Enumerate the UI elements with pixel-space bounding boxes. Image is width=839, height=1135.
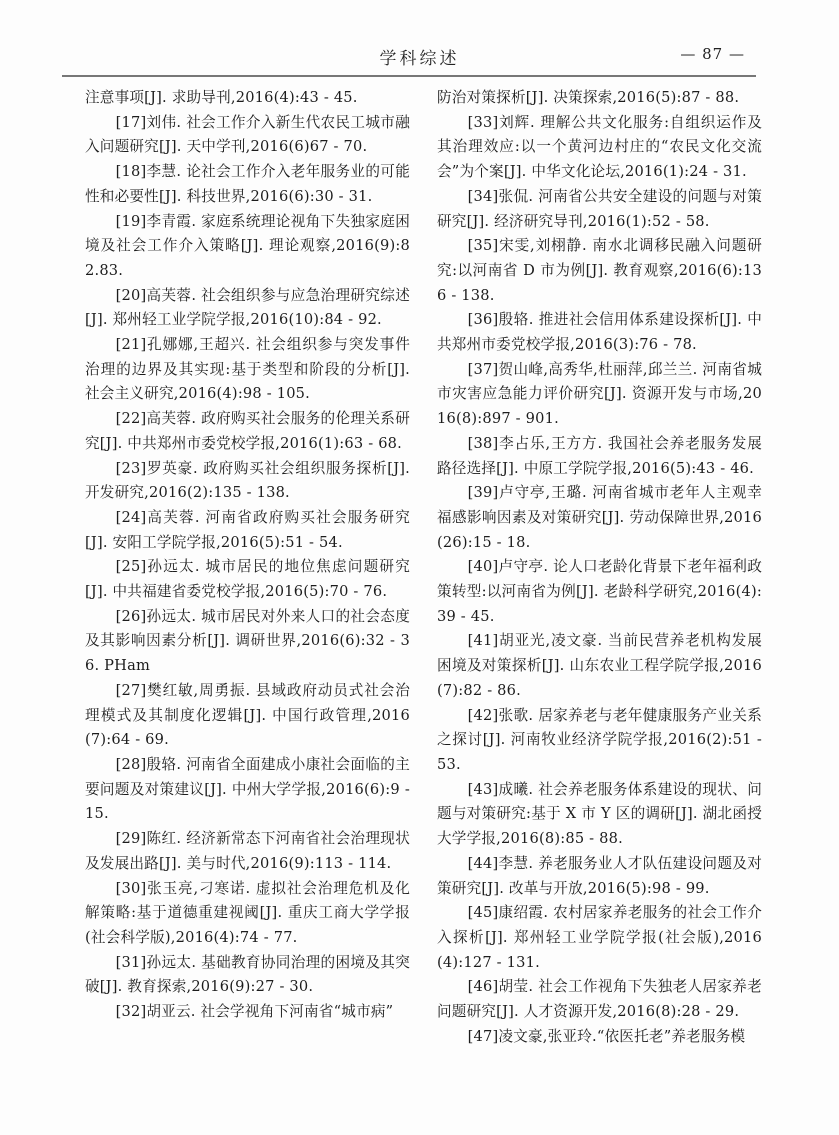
reference-item: [41]胡亚光,凌文豪. 当前民营养老机构发展困境及对策探析[J]. 山东农业工…: [437, 629, 762, 703]
page-number: — 87 —: [680, 45, 745, 63]
reference-item: [36]殷辂. 推进社会信用体系建设探析[J]. 中共郑州市委党校学报,2016…: [437, 308, 762, 357]
header-divider: [62, 75, 756, 77]
reference-item: [43]成曦. 社会养老服务体系建设的现状、问题与对策研究:基于 X 市 Y 区…: [437, 778, 762, 852]
reference-item: [37]贺山峰,高秀华,杜丽萍,邱兰兰. 河南省城市灾害应急能力评价研究[J].…: [437, 358, 762, 432]
reference-item: [31]孙远太. 基础教育协同治理的困境及其突破[J]. 教育探索,2016(9…: [85, 951, 410, 1000]
reference-item: [23]罗英豪. 政府购买社会组织服务探析[J]. 开发研究,2016(2):1…: [85, 457, 410, 506]
reference-item: [24]高芙蓉. 河南省政府购买社会服务研究[J]. 安阳工学院学报,2016(…: [85, 506, 410, 555]
reference-item: 注意事项[J]. 求助导刊,2016(4):43 - 45.: [85, 86, 410, 111]
reference-item: [32]胡亚云. 社会学视角下河南省“城市病”: [85, 1000, 410, 1025]
reference-item: [17]刘伟. 社会工作介入新生代农民工城市融入问题研究[J]. 天中学刊,20…: [85, 111, 410, 160]
reference-item: [19]李青霞. 家庭系统理论视角下失独家庭困境及社会工作介入策略[J]. 理论…: [85, 210, 410, 284]
reference-item: [44]李慧. 养老服务业人才队伍建设问题及对策研究[J]. 改革与开放,201…: [437, 852, 762, 901]
page-header: 学科综述 — 87 —: [0, 44, 839, 68]
reference-item: [42]张歌. 居家养老与老年健康服务产业关系之探讨[J]. 河南牧业经济学院学…: [437, 704, 762, 778]
reference-item: [21]孔娜娜,王超兴. 社会组织参与突发事件治理的边界及其实现:基于类型和阶段…: [85, 333, 410, 407]
reference-item: [45]康绍霞. 农村居家养老服务的社会工作介入探析[J]. 郑州轻工业学院学报…: [437, 901, 762, 975]
reference-item: [25]孙远太. 城市居民的地位焦虑问题研究[J]. 中共福建省委党校学报,20…: [85, 555, 410, 604]
reference-item: [18]李慧. 论社会工作介入老年服务业的可能性和必要性[J]. 科技世界,20…: [85, 160, 410, 209]
reference-item: [28]殷辂. 河南省全面建成小康社会面临的主要问题及对策建议[J]. 中州大学…: [85, 753, 410, 827]
reference-item: [20]高芙蓉. 社会组织参与应急治理研究综述[J]. 郑州轻工业学院学报,20…: [85, 284, 410, 333]
reference-item: [30]张玉亮,刁寒诺. 虚拟社会治理危机及化解策略:基于道德重建视阈[J]. …: [85, 877, 410, 951]
reference-item: [40]卢守亭. 论人口老龄化背景下老年福利政策转型:以河南省为例[J]. 老龄…: [437, 555, 762, 629]
reference-item: [33]刘辉. 理解公共文化服务:自组织运作及其治理效应:以一个黄河边村庄的“农…: [437, 111, 762, 185]
reference-item: [38]李占乐,王方方. 我国社会养老服务发展路径选择[J]. 中原工学院学报,…: [437, 432, 762, 481]
reference-item: [26]孙远太. 城市居民对外来人口的社会态度及其影响因素分析[J]. 调研世界…: [85, 605, 410, 679]
left-column: 注意事项[J]. 求助导刊,2016(4):43 - 45.[17]刘伟. 社会…: [85, 86, 410, 1049]
reference-item: [35]宋雯,刘栩静. 南水北调移民融入问题研究:以河南省 D 市为例[J]. …: [437, 234, 762, 308]
reference-item: [34]张侃. 河南省公共安全建设的问题与对策研究[J]. 经济研究导刊,201…: [437, 185, 762, 234]
reference-item: [22]高芙蓉. 政府购买社会服务的伦理关系研究[J]. 中共郑州市委党校学报,…: [85, 407, 410, 456]
references-body: 注意事项[J]. 求助导刊,2016(4):43 - 45.[17]刘伟. 社会…: [85, 86, 762, 1049]
reference-item: [47]凌文豪,张亚玲.“依医托老”养老服务模: [437, 1025, 762, 1050]
right-column: 防治对策探析[J]. 决策探索,2016(5):87 - 88.[33]刘辉. …: [437, 86, 762, 1049]
reference-item: [46]胡莹. 社会工作视角下失独老人居家养老问题研究[J]. 人才资源开发,2…: [437, 975, 762, 1024]
reference-item: [39]卢守亭,王璐. 河南省城市老年人主观幸福感影响因素及对策研究[J]. 劳…: [437, 481, 762, 555]
reference-item: [27]樊红敏,周勇振. 县域政府动员式社会治理模式及其制度化逻辑[J]. 中国…: [85, 679, 410, 753]
reference-item: 防治对策探析[J]. 决策探索,2016(5):87 - 88.: [437, 86, 762, 111]
reference-item: [29]陈红. 经济新常态下河南省社会治理现状及发展出路[J]. 美与时代,20…: [85, 827, 410, 876]
journal-page: 学科综述 — 87 — 注意事项[J]. 求助导刊,2016(4):43 - 4…: [0, 0, 839, 1135]
